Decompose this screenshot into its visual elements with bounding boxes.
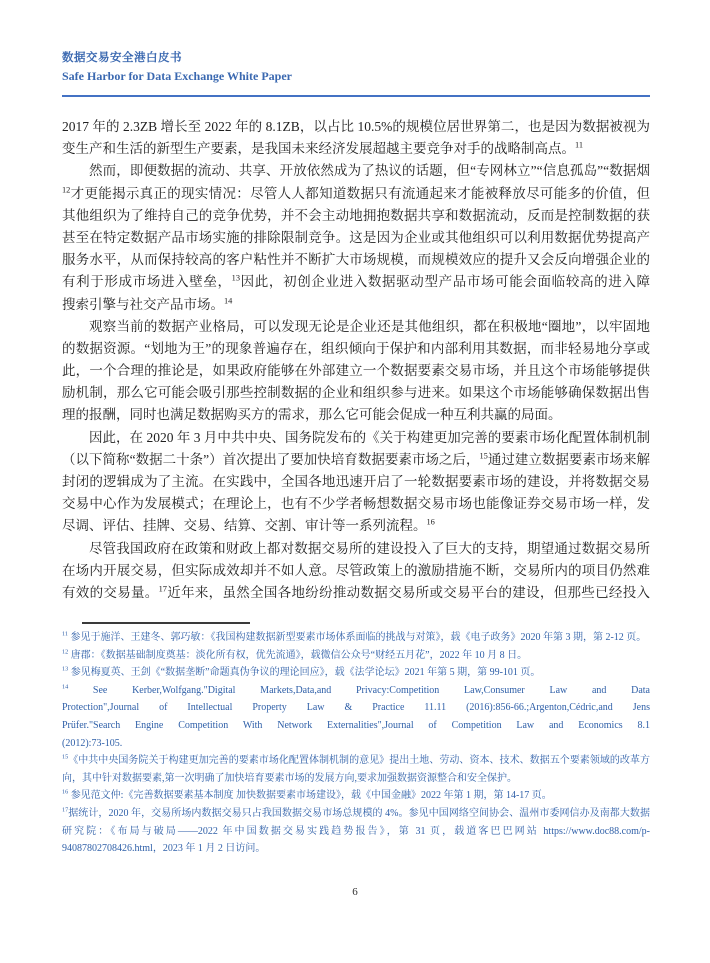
body-text-line: 有效的交易量。17近年来，虽然全国各地纷纷推动数据交易所或交易平台的建设，但那些… xyxy=(62,582,650,604)
page-header: 数据交易安全港白皮书 Safe Harbor for Data Exchange… xyxy=(62,49,650,85)
body-text-line: 有利于形成市场进入壁垒，13因此，初创企业进入数据驱动型产品市场可能会面临较高的… xyxy=(62,271,650,293)
body-text-line: 服务水平，从而保持较高的客户粘性并不断扩大市场规模，而规模效应的提升又会反向增强… xyxy=(62,249,650,271)
body-text-block: 2017 年的 2.3ZB 增长至 2022 年的 8.1ZB，以占比 10.5… xyxy=(62,116,650,604)
body-text-line: 在场内开展交易，但实际成效却并不如人意。尽管政策上的激励措施不断，交易所内的项目… xyxy=(62,560,650,582)
header-rule xyxy=(62,95,650,97)
body-text-line: 尽管我国政府在政策和财政上都对数据交易所的建设投入了巨大的支持，期望通过数据交易… xyxy=(62,538,650,560)
body-text-line: （以下简称“数据二十条”）首次提出了要加快培育数据要素市场之后，15通过建立数据… xyxy=(62,449,650,471)
footnote-line: 向，其中针对数据要素,第一次明确了加快培育要素市场的发展方向,要求加强数据资源整… xyxy=(62,770,650,788)
page-number: 6 xyxy=(0,886,710,898)
footnote-line: 12 唐郡：《数据基础制度奠基：淡化所有权，优先流通》，载微信公众号“财经五月花… xyxy=(62,647,650,665)
body-text-line: 甚至在特定数据产品市场实施的排除限制竞争。这是因为企业或其他组织可以利用数据优势… xyxy=(62,227,650,249)
footnote-line: 17据统计，2020 年，交易所场内数据交易只占我国数据交易市场总规模的 4%。… xyxy=(62,805,650,823)
footnote-line: (2012):73-105. xyxy=(62,735,650,753)
header-title-en: Safe Harbor for Data Exchange White Pape… xyxy=(62,67,650,85)
body-text-line: 的数据资源。“划地为王”的现象普遍存在，组织倾向于保护和内部利用其数据，而非轻易… xyxy=(62,338,650,360)
body-text-line: 12才更能揭示真正的现实情况：尽管人人都知道数据只有流通起来才能被释放尽可能多的… xyxy=(62,183,650,205)
body-text-line: 然而，即便数据的流动、共享、开放依然成为了热议的话题，但“专网林立”“信息孤岛”… xyxy=(62,160,650,182)
footnote-line: 14 See Kerber,Wolfgang."Digital Markets,… xyxy=(62,682,650,700)
document-page: 数据交易安全港白皮书 Safe Harbor for Data Exchange… xyxy=(0,0,710,963)
header-title-zh: 数据交易安全港白皮书 xyxy=(62,49,650,67)
footnote-line: 16 参见范文仲:《完善数据要素基本制度 加快数据要素市场建设》，载《中国金融》… xyxy=(62,787,650,805)
footnote-line: Prüfer."Search Engine Competition With N… xyxy=(62,717,650,735)
footnote-line: 13 参见梅夏英、王剑《“数据垄断”命题真伪争议的理论回应》，载《法学论坛》20… xyxy=(62,664,650,682)
body-text-line: 2017 年的 2.3ZB 增长至 2022 年的 8.1ZB，以占比 10.5… xyxy=(62,116,650,138)
footnote-line: 研究院：《布局与破局——2022 年中国数据交易实践趋势报告》，第 31 页，载… xyxy=(62,823,650,841)
body-text-line: 封闭的逻辑成为了主流。在实践中，全国各地迅速开启了一轮数据要素市场的建设，并将数… xyxy=(62,471,650,493)
footnote-line: Protection",Journal of Intellectual Prop… xyxy=(62,699,650,717)
body-text-line: 其他组织为了维持自己的竞争优势，并不会主动地拥抱数据共享和数据流动，反而是控制数… xyxy=(62,205,650,227)
body-text-line: 励机制，那么它可能会吸引那些控制数据的企业和组织参与进来。如果这个市场能够确保数… xyxy=(62,382,650,404)
body-text-line: 此，一个合理的推论是，如果政府能够在外部建立一个数据要素交易市场，并且这个市场能… xyxy=(62,360,650,382)
footnotes-block: 11 参见于施洋、王建冬、郭巧敏：《我国构建数据新型要素市场体系面临的挑战与对策… xyxy=(62,629,650,858)
body-text-line: 尽调、评估、挂牌、交易、结算、交割、审计等一系列流程。16 xyxy=(62,515,650,537)
body-text-line: 观察当前的数据产业格局，可以发现无论是企业还是其他组织，都在积极地“圈地”，以牢… xyxy=(62,316,650,338)
footnote-line: 15《中共中央国务院关于构建更加完善的要素市场化配置体制机制的意见》提出土地、劳… xyxy=(62,752,650,770)
body-text-line: 理的报酬，同时也满足数据购买方的需求，那么它可能会促成一种互利共赢的局面。 xyxy=(62,404,650,426)
footnote-separator xyxy=(82,622,250,624)
footnote-line: 11 参见于施洋、王建冬、郭巧敏：《我国构建数据新型要素市场体系面临的挑战与对策… xyxy=(62,629,650,647)
body-text-line: 交易中心作为发展模式；在理论上，也有不少学者畅想数据交易市场也能像证券交易市场一… xyxy=(62,493,650,515)
footnote-line: 94087802708426.html，2023 年 1 月 2 日访问。 xyxy=(62,840,650,858)
body-text-line: 变生产和生活的新型生产要素，是我国未来经济发展超越主要竞争对手的战略制高点。11 xyxy=(62,138,650,160)
body-text-line: 因此，在 2020 年 3 月中共中央、国务院发布的《关于构建更加完善的要素市场… xyxy=(62,427,650,449)
body-text-line: 搜索引擎与社交产品市场。14 xyxy=(62,294,650,316)
